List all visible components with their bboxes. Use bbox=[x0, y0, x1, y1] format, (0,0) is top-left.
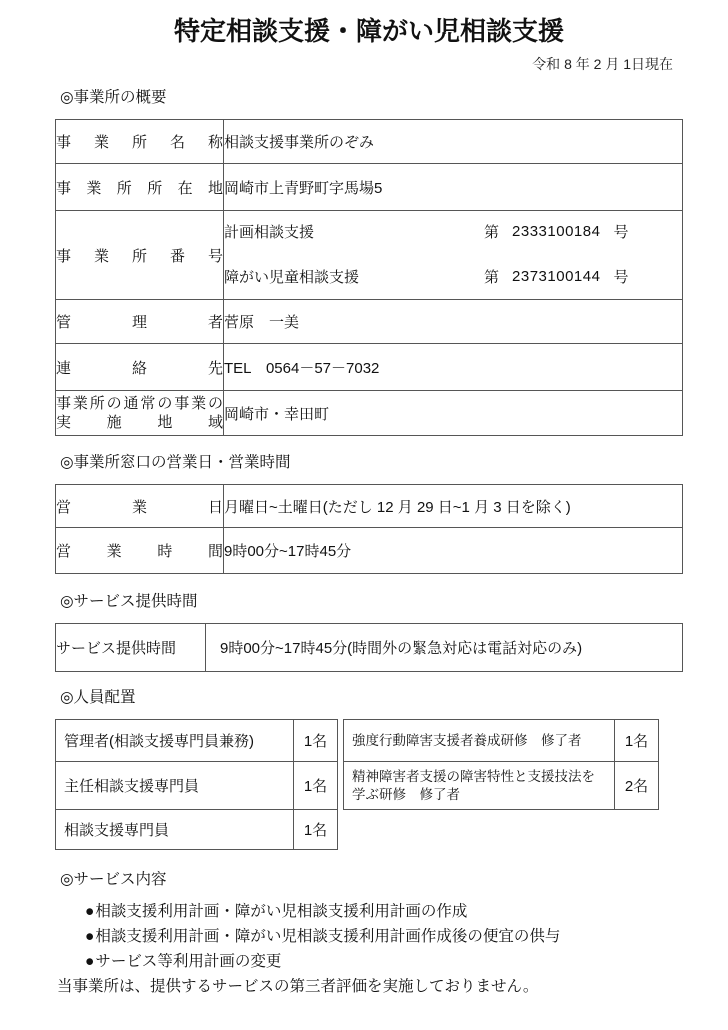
table-row: 事業所番号 計画相談支援 第 2333100184 号 障がい児童相談支援 bbox=[56, 211, 683, 300]
list-item: ● 相談支援利用計画・障がい児相談支援利用計画作成後の便宜の供与 bbox=[85, 924, 683, 949]
date-note: 令和 8 年 2 月 1日現在 bbox=[55, 55, 683, 73]
table-row: 主任相談支援専門員 1名 bbox=[56, 762, 338, 810]
row-value-office-number: 計画相談支援 第 2333100184 号 障がい児童相談支援 第 237310… bbox=[224, 211, 683, 300]
number-suffix: 号 bbox=[613, 266, 628, 287]
section-heading-service-hours: ◎サービス提供時間 bbox=[60, 592, 683, 611]
staffing-training-table: 強度行動障害支援者養成研修 修了者 1名 精神障害者支援の障害特性と支援技法を学… bbox=[343, 719, 659, 810]
list-item: ● 相談支援利用計画・障がい児相談支援利用計画の作成 bbox=[85, 899, 683, 924]
service-hours-table: サービス提供時間 9時00分~17時45分(時間外の緊急対応は電話対応のみ) bbox=[55, 623, 683, 672]
table-row: 管理者(相談支援専門員兼務) 1名 bbox=[56, 720, 338, 762]
section-heading-services: ◎サービス内容 bbox=[60, 870, 683, 889]
row-value-service-area: 岡崎市・幸田町 bbox=[224, 391, 683, 436]
table-row: 精神障害者支援の障害特性と支援技法を学ぶ研修 修了者 2名 bbox=[344, 762, 659, 810]
office-number: 2373100144 bbox=[512, 268, 600, 285]
section-heading-staffing: ◎人員配置 bbox=[60, 688, 683, 707]
staff-role-label: 管理者(相談支援専門員兼務) bbox=[56, 720, 294, 762]
service-name: 計画相談支援 bbox=[224, 221, 484, 242]
table-row: 連絡先 TEL 0564－57－7032 bbox=[56, 344, 683, 391]
staff-training-label: 精神障害者支援の障害特性と支援技法を学ぶ研修 修了者 bbox=[344, 762, 615, 810]
service-item-text: 相談支援利用計画・障がい児相談支援利用計画作成後の便宜の供与 bbox=[95, 924, 560, 949]
row-value-manager: 菅原 一美 bbox=[224, 300, 683, 344]
section-heading-overview: ◎事業所の概要 bbox=[60, 88, 683, 107]
row-label-service-area: 事業所の通常の事業の 実施地域 bbox=[56, 391, 224, 436]
table-row: 管理者 菅原 一美 bbox=[56, 300, 683, 344]
service-area-label-line1: 事業所の通常の事業の bbox=[56, 394, 223, 413]
number-suffix: 号 bbox=[613, 221, 628, 242]
table-row: 営業時間 9時00分~17時45分 bbox=[56, 528, 683, 574]
page-title: 特定相談支援・障がい児相談支援 bbox=[55, 14, 683, 48]
row-value-business-days: 月曜日~土曜日(ただし 12 月 29 日~1 月 3 日を除く) bbox=[224, 485, 683, 528]
section-heading-business-hours: ◎事業所窓口の営業日・営業時間 bbox=[60, 453, 683, 472]
row-label-contact: 連絡先 bbox=[56, 344, 224, 391]
business-hours-table: 営業日 月曜日~土曜日(ただし 12 月 29 日~1 月 3 日を除く) 営業… bbox=[55, 484, 683, 574]
staffing-tables: 管理者(相談支援専門員兼務) 1名 主任相談支援専門員 1名 相談支援専門員 1… bbox=[55, 719, 683, 850]
service-list: ● 相談支援利用計画・障がい児相談支援利用計画の作成 ● 相談支援利用計画・障が… bbox=[85, 899, 683, 974]
staff-role-label: 主任相談支援専門員 bbox=[56, 762, 294, 810]
office-number-line: 計画相談支援 第 2333100184 号 bbox=[224, 221, 682, 242]
service-item-text: サービス等利用計画の変更 bbox=[95, 949, 281, 974]
list-item: ● サービス等利用計画の変更 bbox=[85, 949, 683, 974]
bullet-icon: ● bbox=[85, 949, 94, 974]
service-item-text: 相談支援利用計画・障がい児相談支援利用計画の作成 bbox=[95, 899, 467, 924]
table-row: 営業日 月曜日~土曜日(ただし 12 月 29 日~1 月 3 日を除く) bbox=[56, 485, 683, 528]
table-row: 事業所所在地 岡崎市上青野町字馬場5 bbox=[56, 164, 683, 211]
row-value-contact: TEL 0564－57－7032 bbox=[224, 344, 683, 391]
overview-table: 事業所名称 相談支援事業所のぞみ 事業所所在地 岡崎市上青野町字馬場5 事業所番… bbox=[55, 119, 683, 436]
row-value-business-time: 9時00分~17時45分 bbox=[224, 528, 683, 574]
document-page: 特定相談支援・障がい児相談支援 令和 8 年 2 月 1日現在 ◎事業所の概要 … bbox=[0, 0, 728, 1030]
row-value-office-name: 相談支援事業所のぞみ bbox=[224, 120, 683, 164]
row-value-office-address: 岡崎市上青野町字馬場5 bbox=[224, 164, 683, 211]
staff-role-count: 1名 bbox=[294, 762, 338, 810]
staff-role-count: 1名 bbox=[294, 810, 338, 850]
staff-training-label: 強度行動障害支援者養成研修 修了者 bbox=[344, 720, 615, 762]
row-label-office-address: 事業所所在地 bbox=[56, 164, 224, 211]
number-prefix: 第 bbox=[484, 266, 499, 287]
staff-role-count: 1名 bbox=[294, 720, 338, 762]
bullet-icon: ● bbox=[85, 899, 94, 924]
table-row: 事業所の通常の事業の 実施地域 岡崎市・幸田町 bbox=[56, 391, 683, 436]
row-value-service-hours: 9時00分~17時45分(時間外の緊急対応は電話対応のみ) bbox=[206, 624, 683, 672]
table-row: 事業所名称 相談支援事業所のぞみ bbox=[56, 120, 683, 164]
staff-role-label: 相談支援専門員 bbox=[56, 810, 294, 850]
staff-training-count: 2名 bbox=[615, 762, 659, 810]
office-number-line: 障がい児童相談支援 第 2373100144 号 bbox=[224, 266, 682, 287]
bullet-icon: ● bbox=[85, 924, 94, 949]
row-label-office-name: 事業所名称 bbox=[56, 120, 224, 164]
number-prefix: 第 bbox=[484, 221, 499, 242]
table-row: 相談支援専門員 1名 bbox=[56, 810, 338, 850]
row-label-office-number: 事業所番号 bbox=[56, 211, 224, 300]
table-row: サービス提供時間 9時00分~17時45分(時間外の緊急対応は電話対応のみ) bbox=[56, 624, 683, 672]
staffing-roles-table: 管理者(相談支援専門員兼務) 1名 主任相談支援専門員 1名 相談支援専門員 1… bbox=[55, 719, 338, 850]
office-number: 2333100184 bbox=[512, 223, 600, 240]
third-party-evaluation-note: 当事業所は、提供するサービスの第三者評価を実施しておりません。 bbox=[57, 975, 683, 998]
table-row: 強度行動障害支援者養成研修 修了者 1名 bbox=[344, 720, 659, 762]
row-label-manager: 管理者 bbox=[56, 300, 224, 344]
row-label-business-time: 営業時間 bbox=[56, 528, 224, 574]
row-label-service-hours: サービス提供時間 bbox=[56, 624, 206, 672]
service-name: 障がい児童相談支援 bbox=[224, 266, 484, 287]
service-area-label-line2: 実施地域 bbox=[56, 413, 223, 432]
row-label-business-days: 営業日 bbox=[56, 485, 224, 528]
staff-training-count: 1名 bbox=[615, 720, 659, 762]
